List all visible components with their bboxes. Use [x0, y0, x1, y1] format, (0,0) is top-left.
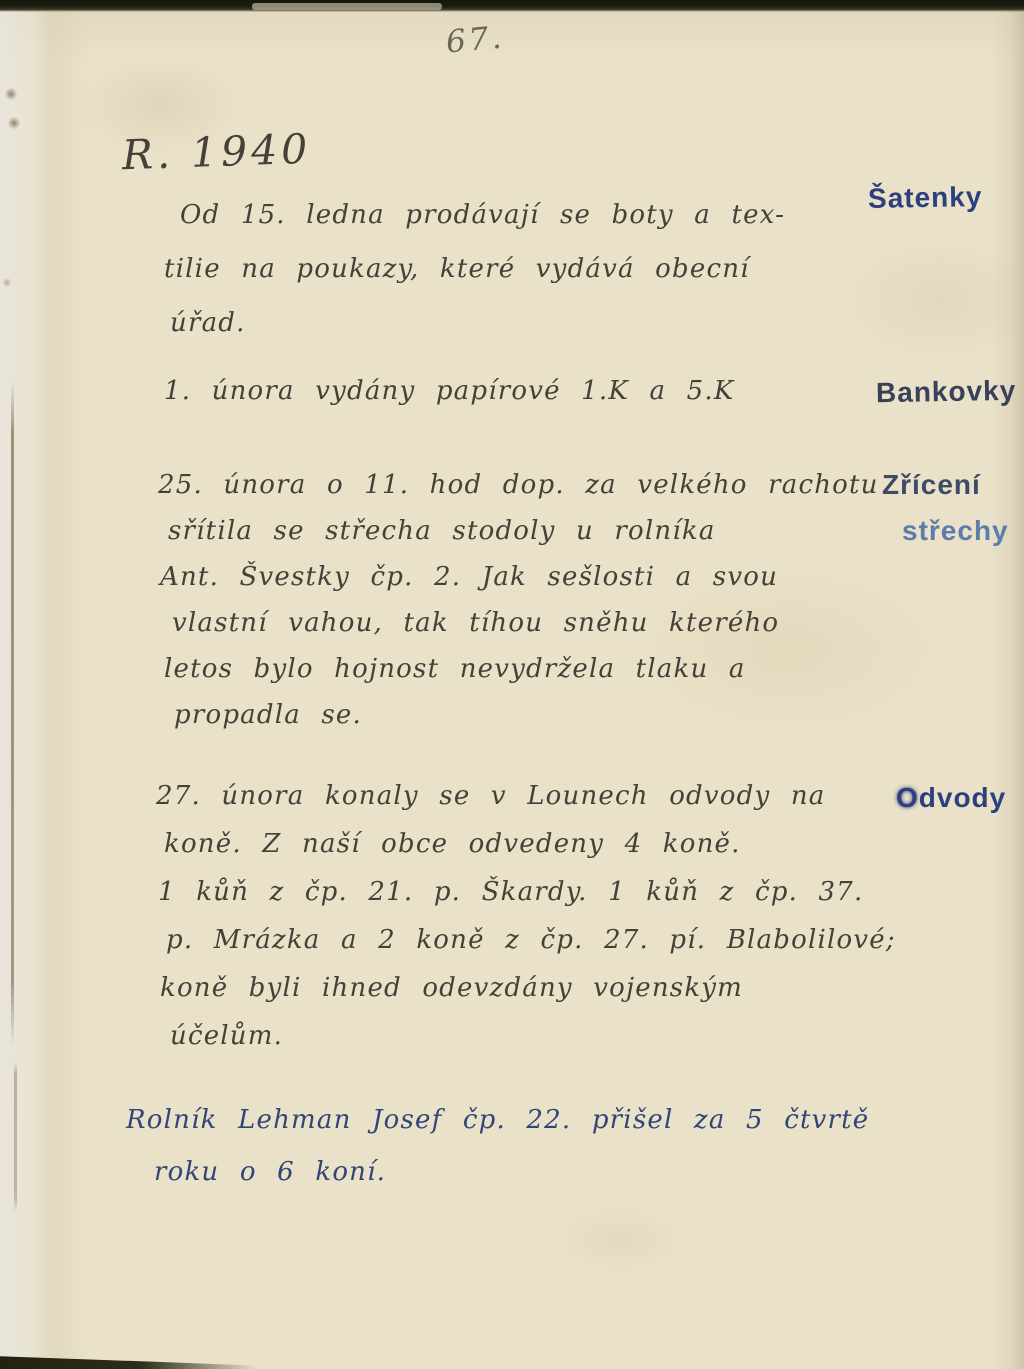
handwritten-line: tilie na poukazy, které vydává obecní [164, 242, 785, 296]
scan-bottom-edge [0, 1353, 258, 1369]
handwritten-line: účelům. [170, 1012, 896, 1060]
handwritten-line: koně byli ihned odevzdány vojenským [160, 964, 896, 1012]
binding-crease [14, 1062, 17, 1212]
entry-horse-conscription: 27. února konaly se v Lounech odvody na … [156, 772, 896, 1060]
entry-banknotes: 1. února vydány papírové 1.K a 5.K [164, 366, 734, 416]
margin-note-line: Zřícení [882, 462, 1009, 508]
handwritten-line: 27. února konaly se v Lounech odvody na [156, 772, 896, 820]
handwritten-line: vlastní vahou, tak tíhou sněhu kterého [172, 600, 879, 646]
entry-roof-collapse: 25. února o 11. hod dop. za velkého rach… [158, 462, 879, 738]
year-heading: R. 1940 [121, 125, 312, 180]
scan-top-edge-gap [252, 3, 442, 10]
entry-clothing-vouchers: Od 15. ledna prodávají se boty a tex- ti… [164, 188, 785, 350]
handwritten-line: p. Mrázka a 2 koně z čp. 27. pí. Blaboli… [166, 916, 896, 964]
handwritten-line: propadla se. [174, 692, 879, 738]
margin-note-zriceni-strechy: Zřícení střechy [882, 462, 1009, 554]
handwritten-line: 1 kůň z čp. 21. p. Škardy. 1 kůň z čp. 3… [158, 868, 896, 916]
paper-stain [8, 116, 20, 130]
handwritten-line: letos bylo hojnost nevydržela tlaku a [164, 646, 879, 692]
margin-note-odvody: Odvody [896, 782, 1006, 814]
margin-note-bankovky: Bankovky [876, 375, 1017, 409]
handwritten-line: 1. února vydány papírové 1.K a 5.K [164, 366, 734, 416]
paper-stain [2, 278, 12, 287]
chronicle-page-scan: 67. R. 1940 Od 15. ledna prodávají se bo… [0, 0, 1024, 1369]
handwritten-line: úřad. [170, 296, 785, 350]
handwritten-line: 25. února o 11. hod dop. za velkého rach… [158, 462, 879, 508]
handwritten-line: Od 15. ledna prodávají se boty a tex- [180, 188, 785, 242]
binding-crease [11, 382, 14, 1047]
margin-note-satenky: Šatenky [868, 181, 983, 215]
margin-note-line: střechy [902, 508, 1009, 554]
paper-stain [4, 88, 18, 100]
entry-farmer-lehman: Rolník Lehman Josef čp. 22. přišel za 5 … [126, 1094, 869, 1198]
handwritten-line: roku o 6 koní. [154, 1146, 869, 1198]
page-number: 67. [445, 20, 506, 61]
scan-top-edge [0, 0, 1024, 12]
handwritten-line: Rolník Lehman Josef čp. 22. přišel za 5 … [126, 1094, 869, 1146]
handwritten-line: Ant. Švestky čp. 2. Jak sešlosti a svou [160, 554, 879, 600]
handwritten-line: koně. Z naší obce odvedeny 4 koně. [164, 820, 896, 868]
handwritten-line: sřítila se střecha stodoly u rolníka [168, 508, 879, 554]
